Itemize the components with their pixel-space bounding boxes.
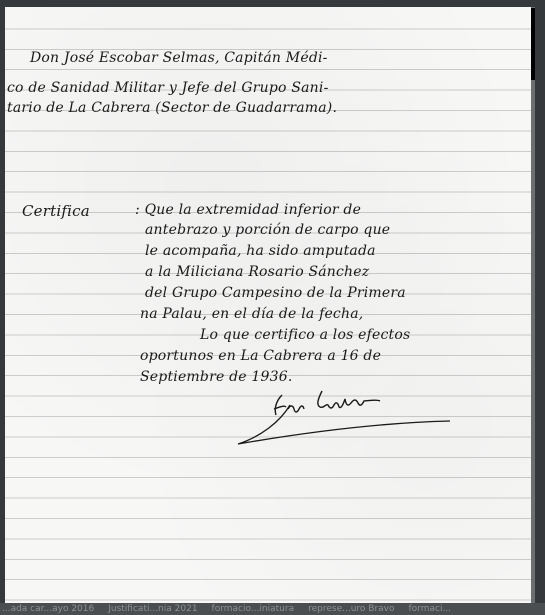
body-line-5: del Grupo Campesino de la Primera — [145, 286, 406, 300]
body-line-1: : Que la extremidad inferior de — [135, 203, 361, 217]
file-thumb-label[interactable]: represe...uro Bravo — [308, 603, 394, 615]
body-line-2: antebrazo y porción de carpo que — [145, 223, 390, 237]
file-thumb-label[interactable]: ...ada car...ayo 2016 — [2, 603, 94, 615]
page-edge-strip — [531, 7, 535, 603]
header-line-3: tario de La Cabrera (Sector de Guadarram… — [7, 101, 337, 115]
header-line-1: Don José Escobar Selmas, Capitán Médi- — [30, 51, 328, 65]
certifica-label: Certifica — [22, 204, 90, 219]
page-edge-black-block — [531, 8, 535, 80]
file-thumb-label[interactable]: Justificati...nia 2021 — [108, 603, 197, 615]
document-page: Don José Escobar Selmas, Capitán Médi- c… — [5, 7, 531, 603]
file-thumb-label[interactable]: formacio...iniatura — [212, 603, 295, 615]
header-line-2: co de Sanidad Militar y Jefe del Grupo S… — [7, 81, 329, 95]
body-line-6: na Palau, en el día de la fecha, — [140, 307, 363, 321]
document-viewer: Don José Escobar Selmas, Capitán Médi- c… — [0, 0, 545, 615]
body-line-9: Septiembre de 1936. — [140, 370, 292, 384]
file-thumbnail-strip[interactable]: ...ada car...ayo 2016 Justificati...nia … — [0, 603, 545, 615]
body-line-8: oportunos en La Cabrera a 16 de — [140, 349, 381, 363]
body-line-4: a la Miliciana Rosario Sánchez — [145, 265, 369, 279]
file-thumb-label[interactable]: formaci... — [409, 603, 452, 615]
signature-scribble-icon — [230, 387, 480, 449]
body-line-7: Lo que certifico a los efectos — [200, 328, 410, 342]
signature — [230, 387, 480, 449]
body-line-3: le acompaña, ha sido amputada — [145, 244, 376, 258]
